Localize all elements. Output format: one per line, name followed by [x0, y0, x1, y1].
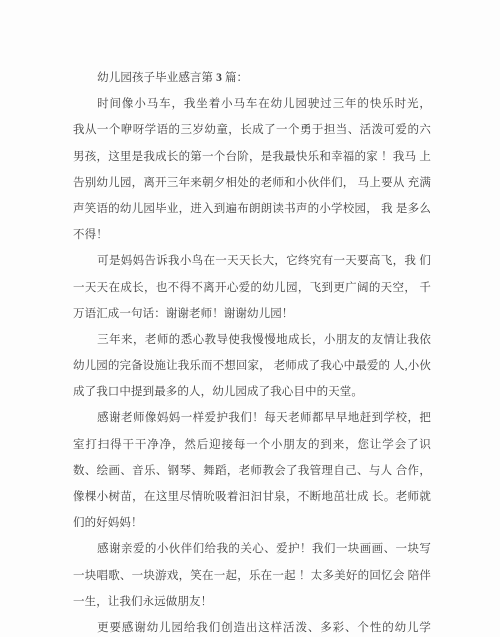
text-line: 数、绘画、音乐、钢琴、舞蹈，老师教会了我管理自己、与人 合作，我就: [73, 458, 431, 484]
text-line: 一块唱歌、一块游戏，笑在一起，乐在一起 ！太多美好的回忆会 陪伴我: [73, 563, 431, 589]
text-line: 一天天在成长，也不得不离开心爱的幼儿园，飞到更广阔的天空， 千言: [73, 275, 431, 301]
text-line: 感谢老师像妈妈一样爱护我们！每天老师都早早地赶到学校，把 教: [73, 405, 431, 431]
text-line: 时间像小马车，我坐着小马车在幼儿园驶过三年的快乐时光，: [73, 91, 431, 117]
title-suffix: 篇：: [222, 72, 248, 84]
text-line: 不得！: [73, 222, 431, 248]
text-line: 告别幼儿园，离开三年来朝夕相处的老师和小伙伴们， 马上要从 充满欢: [73, 170, 431, 196]
text-line: 万语汇成一句话：谢谢老师！谢谢幼儿园！: [73, 301, 431, 327]
text-line: 幼儿园的完备设施让我乐而不想回家， 老师成了我心中最爱的 人,小伙伴: [73, 353, 431, 379]
body-lines: 时间像小马车，我坐着小马车在幼儿园驶过三年的快乐时光，我从一个咿呀学语的三岁幼童…: [73, 91, 431, 637]
text-line: 声笑语的幼儿园毕业，进入到遍布朗朗读书声的小学校园， 我 是多么舍: [73, 196, 431, 222]
text-line: 可是妈妈告诉我小鸟在一天天长大，它终究有一天要高飞，我 们也: [73, 248, 431, 274]
text-line: 们的好妈妈！: [73, 510, 431, 536]
document-text: 幼儿园孩子毕业感言第 3 篇： 时间像小马车，我坐着小马车在幼儿园驶过三年的快乐…: [73, 65, 431, 637]
document-title: 幼儿园孩子毕业感言第 3 篇：: [73, 65, 431, 91]
title-prefix: 幼儿园孩子毕业感言第: [97, 72, 216, 84]
text-line: 像棵小树苗，在这里尽情吮吸着汩汩甘泉，不断地茁壮成 长。老师就是我: [73, 484, 431, 510]
text-line: 成了我口中提到最多的人，幼儿园成了我心目中的天堂。: [73, 379, 431, 405]
text-line: 室打扫得干干净净，然后迎接每一个小朋友的到来，您让学会了识 字、算: [73, 432, 431, 458]
text-line: 更要感谢幼儿园给我们创造出这样活泼、多彩、个性的幼儿学: [73, 615, 431, 637]
text-line: 我从一个咿呀学语的三岁幼童，长成了一个勇于担当、活泼可爱的六 岁: [73, 117, 431, 143]
text-line: 一生，让我们永远做朋友！: [73, 589, 431, 615]
text-line: 男孩，这里是我成长的第一个台阶，是我最快乐和幸福的家 ！我马 上要: [73, 144, 431, 170]
document-page: 幼儿园孩子毕业感言第 3 篇： 时间像小马车，我坐着小马车在幼儿园驶过三年的快乐…: [0, 0, 500, 637]
text-line: 感谢亲爱的小伙伴们给我的关心、爱护！我们一块画画、一块写字、: [73, 536, 431, 562]
text-line: 三年来，老师的悉心教导使我慢慢地成长，小朋友的友情让我依恋，: [73, 327, 431, 353]
